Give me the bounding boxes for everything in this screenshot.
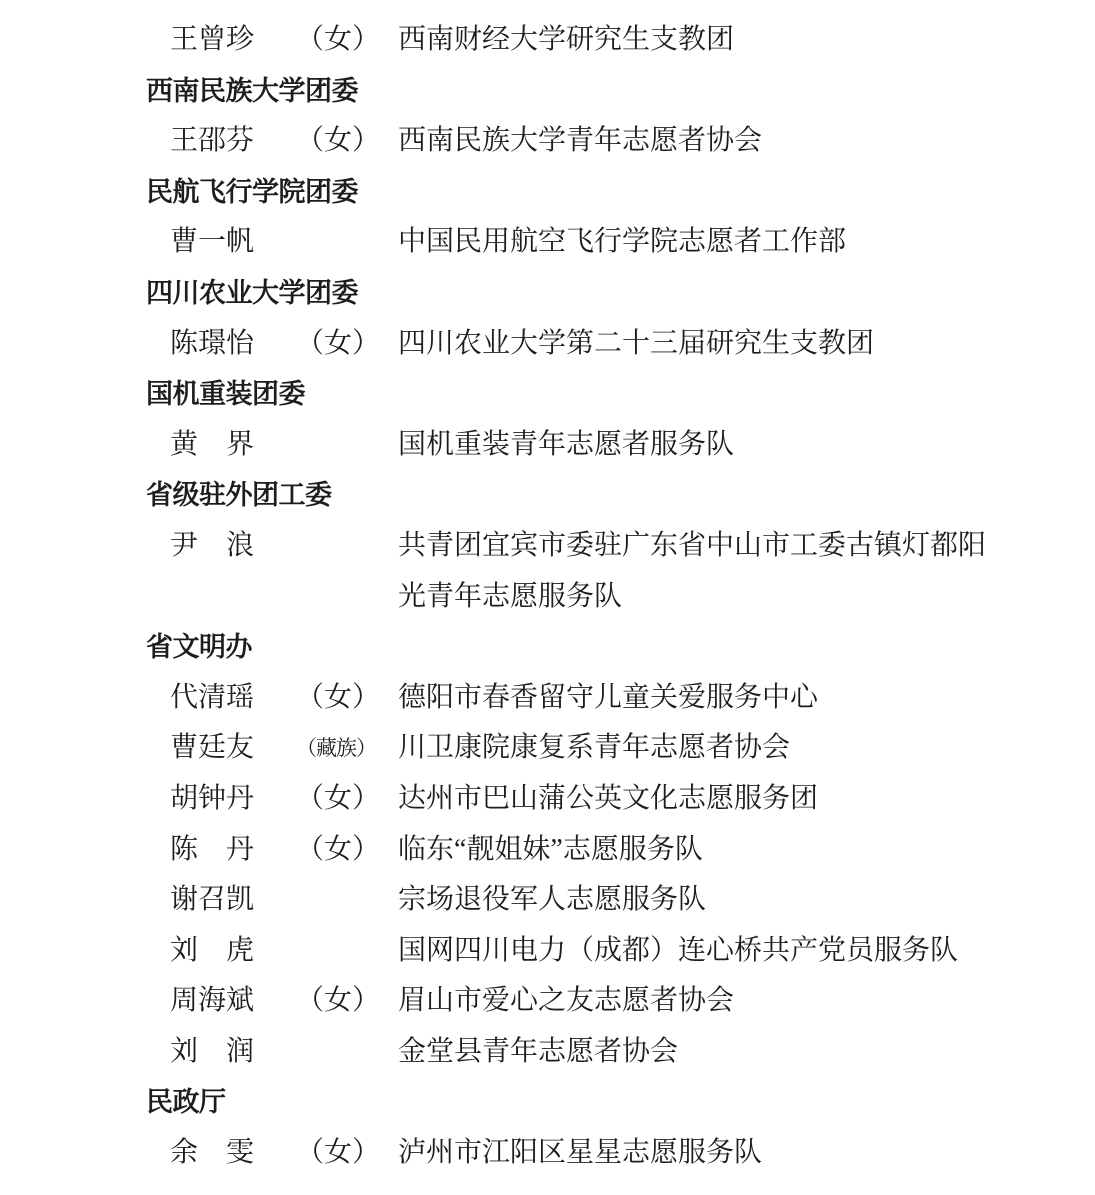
entry-row: 谢召凯宗场退役军人志愿服务队: [0, 875, 1095, 926]
section-heading: 省级驻外团工委: [0, 470, 1095, 521]
section: 省级驻外团工委尹 浪共青团宜宾市委驻广东省中山市工委古镇灯都阳 光青年志愿服务队: [0, 470, 1095, 622]
organization-name: 西南财经大学研究生支教团: [398, 15, 1008, 66]
entry-row: 周海斌（女）眉山市爱心之友志愿者协会: [0, 976, 1095, 1027]
gender-note: （女）: [296, 774, 382, 825]
section-heading: 民航飞行学院团委: [0, 167, 1095, 218]
gender-note: （女）: [296, 15, 382, 66]
section: 民航飞行学院团委曹一帆中国民用航空飞行学院志愿者工作部: [0, 167, 1095, 268]
gender-note: （女）: [296, 825, 382, 876]
gender-note: （女）: [296, 319, 382, 370]
recipient-name: 王曾珍: [170, 15, 256, 66]
entry-row: 陈璟怡（女）四川农业大学第二十三届研究生支教团: [0, 319, 1095, 370]
section: 国机重装团委黄 界国机重装青年志愿者服务队: [0, 369, 1095, 470]
entry-row: 胡钟丹（女）达州市巴山蒲公英文化志愿服务团: [0, 774, 1095, 825]
section-heading: 西南民族大学团委: [0, 66, 1095, 117]
entry-row: 刘 润金堂县青年志愿者协会: [0, 1027, 1095, 1078]
entry-row: 余 雯（女）泸州市江阳区星星志愿服务队: [0, 1128, 1095, 1179]
recipient-name: 尹 浪: [170, 521, 256, 572]
entry-row: 陈 丹（女）临东“靓姐妹”志愿服务队: [0, 825, 1095, 876]
gender-note: （藏族）: [296, 723, 382, 774]
organization-name: 西南民族大学青年志愿者协会: [398, 116, 1008, 167]
organization-name: 眉山市爱心之友志愿者协会: [398, 976, 1008, 1027]
organization-name: 金堂县青年志愿者协会: [398, 1027, 1008, 1078]
recipient-name: 代清瑶: [170, 673, 256, 724]
section: 西南民族大学团委王邵芬（女）西南民族大学青年志愿者协会: [0, 66, 1095, 167]
recipient-name: 周海斌: [170, 976, 256, 1027]
section: 民政厅余 雯（女）泸州市江阳区星星志愿服务队: [0, 1077, 1095, 1178]
recipient-name: 刘 润: [170, 1027, 256, 1078]
organization-name: 泸州市江阳区星星志愿服务队: [398, 1128, 1008, 1179]
entry-row: 王邵芬（女）西南民族大学青年志愿者协会: [0, 116, 1095, 167]
section-heading: 民政厅: [0, 1077, 1095, 1128]
organization-name: 宗场退役军人志愿服务队: [398, 875, 1008, 926]
award-list: 王曾珍（女）西南财经大学研究生支教团西南民族大学团委王邵芬（女）西南民族大学青年…: [0, 15, 1095, 1179]
recipient-name: 陈 丹: [170, 825, 256, 876]
entry-row: 黄 界国机重装青年志愿者服务队: [0, 420, 1095, 471]
organization-name: 四川农业大学第二十三届研究生支教团: [398, 319, 1008, 370]
organization-name: 中国民用航空飞行学院志愿者工作部: [398, 217, 1008, 268]
gender-note: （女）: [296, 1128, 382, 1179]
recipient-name: 刘 虎: [170, 926, 256, 977]
section: 省文明办代清瑶（女）德阳市春香留守儿童关爱服务中心曹廷友（藏族）川卫康院康复系青…: [0, 622, 1095, 1077]
document-page: 王曾珍（女）西南财经大学研究生支教团西南民族大学团委王邵芬（女）西南民族大学青年…: [0, 0, 1095, 1195]
gender-note: （女）: [296, 976, 382, 1027]
entry-row: 代清瑶（女）德阳市春香留守儿童关爱服务中心: [0, 673, 1095, 724]
organization-name: 川卫康院康复系青年志愿者协会: [398, 723, 1008, 774]
organization-name: 达州市巴山蒲公英文化志愿服务团: [398, 774, 1008, 825]
gender-note: （女）: [296, 116, 382, 167]
entry-row: 刘 虎国网四川电力（成都）连心桥共产党员服务队: [0, 926, 1095, 977]
gender-note: （女）: [296, 673, 382, 724]
recipient-name: 余 雯: [170, 1128, 256, 1179]
section: 四川农业大学团委陈璟怡（女）四川农业大学第二十三届研究生支教团: [0, 268, 1095, 369]
entry-row: 曹一帆中国民用航空飞行学院志愿者工作部: [0, 217, 1095, 268]
section-heading: 国机重装团委: [0, 369, 1095, 420]
recipient-name: 陈璟怡: [170, 319, 256, 370]
section: 王曾珍（女）西南财经大学研究生支教团: [0, 15, 1095, 66]
organization-name: 共青团宜宾市委驻广东省中山市工委古镇灯都阳 光青年志愿服务队: [398, 521, 1008, 622]
recipient-name: 曹一帆: [170, 217, 256, 268]
recipient-name: 胡钟丹: [170, 774, 256, 825]
organization-name: 德阳市春香留守儿童关爱服务中心: [398, 673, 1008, 724]
organization-name: 临东“靓姐妹”志愿服务队: [398, 825, 1008, 876]
section-heading: 省文明办: [0, 622, 1095, 673]
organization-name: 国机重装青年志愿者服务队: [398, 420, 1008, 471]
entry-row: 王曾珍（女）西南财经大学研究生支教团: [0, 15, 1095, 66]
entry-row: 曹廷友（藏族）川卫康院康复系青年志愿者协会: [0, 723, 1095, 774]
recipient-name: 黄 界: [170, 420, 256, 471]
recipient-name: 曹廷友: [170, 723, 256, 774]
recipient-name: 谢召凯: [170, 875, 256, 926]
organization-name: 国网四川电力（成都）连心桥共产党员服务队: [398, 926, 1008, 977]
entry-row: 尹 浪共青团宜宾市委驻广东省中山市工委古镇灯都阳 光青年志愿服务队: [0, 521, 1095, 622]
section-heading: 四川农业大学团委: [0, 268, 1095, 319]
recipient-name: 王邵芬: [170, 116, 256, 167]
